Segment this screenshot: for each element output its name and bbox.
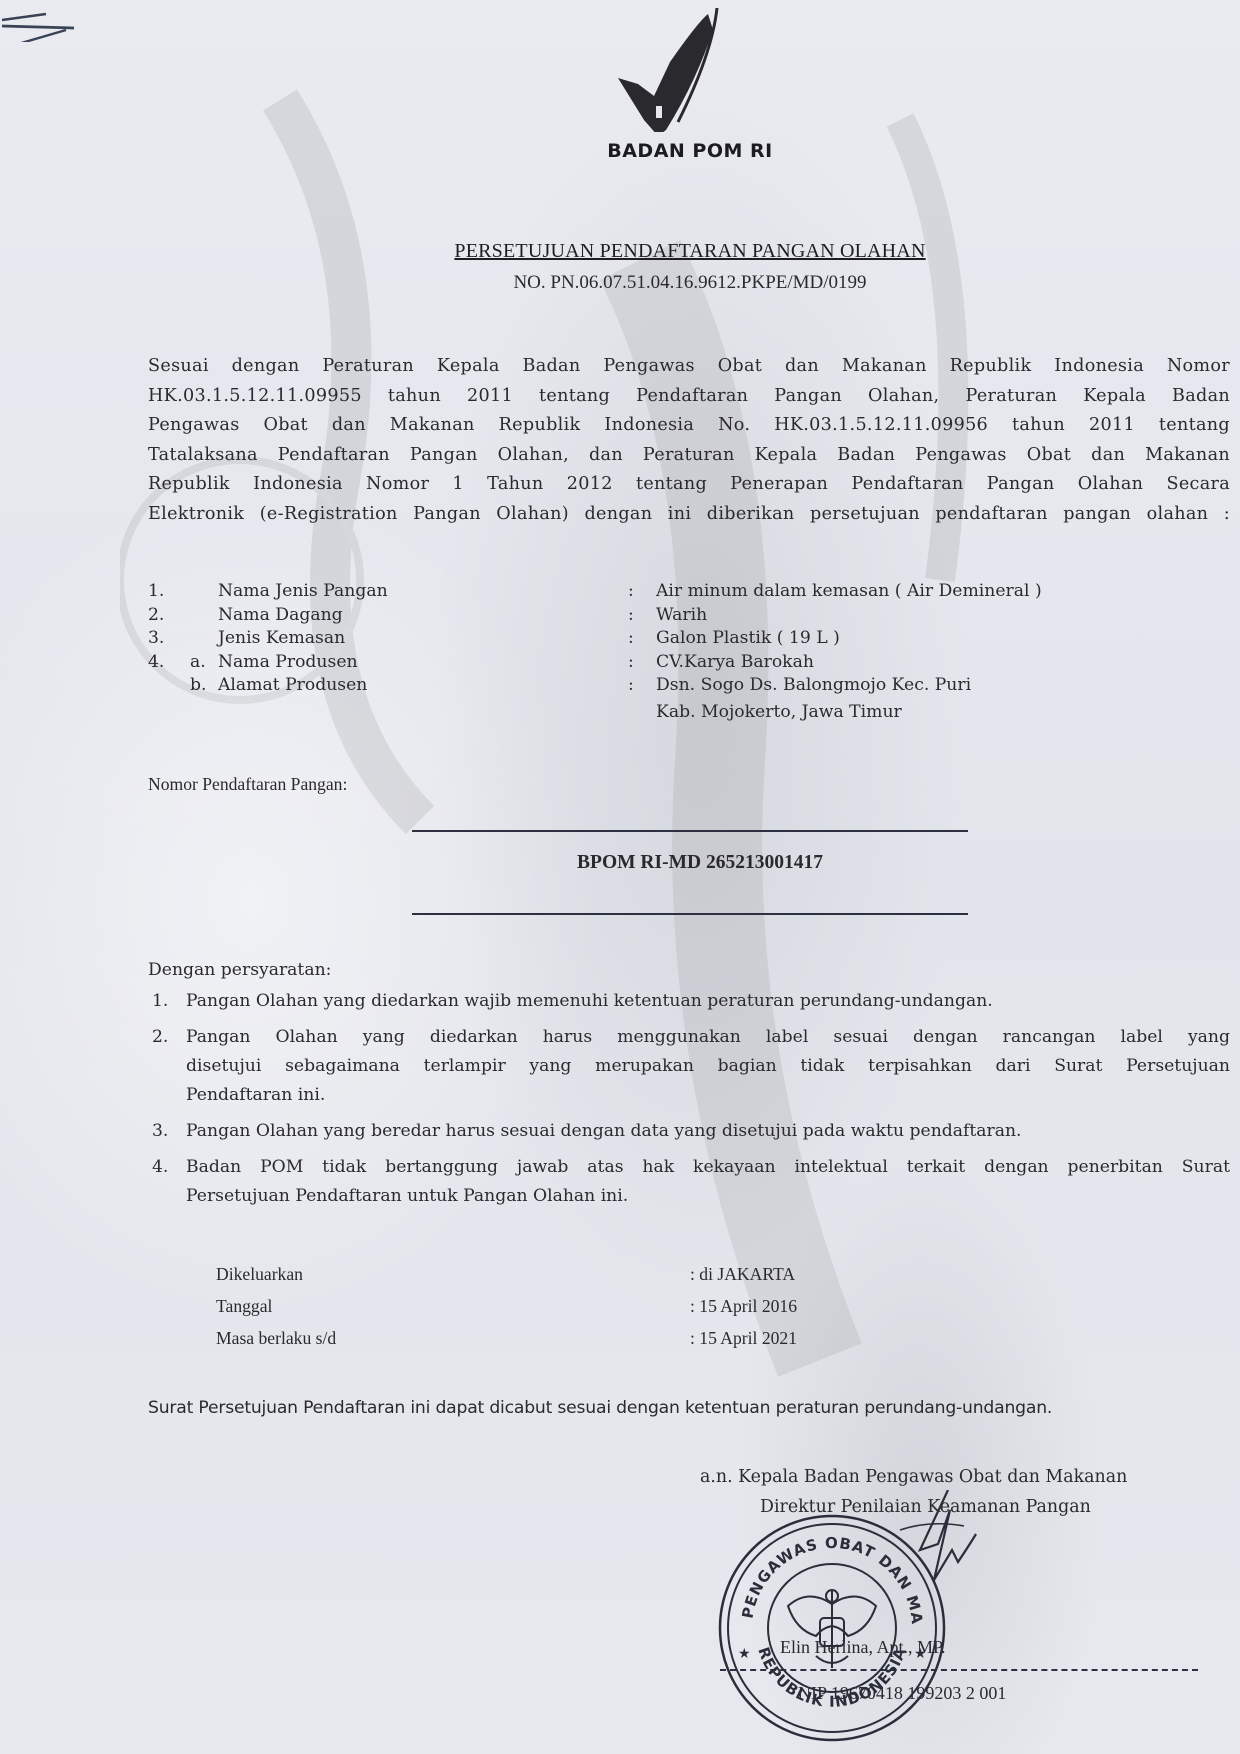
intro-paragraph: Sesuai dengan Peraturan Kepala Badan Pen… [148,352,1230,529]
issuance-label: Dikeluarkan [216,1258,303,1290]
condition-text: Pangan Olahan yang diedarkan harus mengg… [186,1023,1230,1110]
row-label: Nama Produsen [218,651,358,675]
condition-line: Pangan Olahan yang diedarkan wajib memen… [186,987,1230,1016]
row-label: Nama Dagang [218,604,343,628]
issuance-value: : 15 April 2021 [690,1322,797,1354]
condition-line: Pangan Olahan yang diedarkan harus mengg… [186,1023,1230,1052]
condition-item: 1.Pangan Olahan yang diedarkan wajib mem… [148,987,1230,1016]
row-number: 3. [148,627,164,651]
row-colon: : [628,627,634,651]
row-value: CV.Karya Barokah [656,651,814,675]
handwritten-signature-icon [880,1490,990,1600]
row-colon: : [628,674,634,698]
conditions-label: Dengan persyaratan: [148,960,331,980]
row-colon: : [628,604,634,628]
row-sub: a. [190,651,206,675]
divider [412,830,968,832]
condition-item: 4.Badan POM tidak bertanggung jawab atas… [148,1153,1230,1211]
row-label: Nama Jenis Pangan [218,580,388,604]
row-value: Galon Plastik ( 19 L ) [656,627,840,651]
condition-line: Pangan Olahan yang beredar harus sesuai … [186,1117,1230,1146]
issuance-value: : di JAKARTA [690,1258,795,1290]
intro-line: HK.03.1.5.12.11.09955 tahun 2011 tentang… [148,382,1230,412]
row-value: Air minum dalam kemasan ( Air Demineral … [656,580,1042,604]
condition-number: 1. [152,987,168,1016]
row-value: Warih [656,604,707,628]
row-value: Kab. Mojokerto, Jawa Timur [656,701,902,725]
svg-text:★: ★ [738,1646,751,1662]
intro-line: Sesuai dengan Peraturan Kepala Badan Pen… [148,352,1230,382]
svg-text:★: ★ [914,1646,927,1662]
condition-item: 2.Pangan Olahan yang diedarkan harus men… [148,1023,1230,1110]
handwritten-mark-icon [0,8,80,42]
row-number: 1. [148,580,164,604]
row-number: 4. [148,651,164,675]
condition-line: Pendaftaran ini. [186,1081,1230,1110]
row-label: Jenis Kemasan [218,627,345,651]
condition-line: Badan POM tidak bertanggung jawab atas h… [186,1153,1230,1182]
intro-line: Elektronik (e-Registration Pangan Olahan… [148,500,1230,530]
row-value: Dsn. Sogo Ds. Balongmojo Kec. Puri [656,674,971,698]
condition-text: Pangan Olahan yang diedarkan wajib memen… [186,987,1230,1016]
revocation-note: Surat Persetujuan Pendaftaran ini dapat … [148,1398,1052,1418]
divider [412,913,968,915]
intro-line: Republik Indonesia Nomor 1 Tahun 2012 te… [148,470,1230,500]
on-behalf-of: a.n. Kepala Badan Pengawas Obat dan Maka… [700,1467,1127,1487]
row-colon: : [628,580,634,604]
condition-line: disetujui sebagaimana terlampir yang mer… [186,1052,1230,1081]
row-colon: : [628,651,634,675]
badan-pom-logo-icon [600,2,750,132]
document-title: PERSETUJUAN PENDAFTARAN PANGAN OLAHAN [0,240,1240,263]
issuance-label: Tanggal [216,1290,272,1322]
intro-line: Tatalaksana Pendaftaran Pangan Olahan, d… [148,441,1230,471]
condition-text: Badan POM tidak bertanggung jawab atas h… [186,1153,1230,1211]
row-label: Alamat Produsen [218,674,367,698]
conditions-list: 1.Pangan Olahan yang diedarkan wajib mem… [148,987,1230,1218]
row-sub: b. [190,674,206,698]
condition-number: 4. [152,1153,168,1182]
condition-number: 2. [152,1023,168,1052]
document-number: NO. PN.06.07.51.04.16.9612.PKPE/MD/0199 [0,272,1240,294]
issuance-label: Masa berlaku s/d [216,1322,336,1354]
condition-number: 3. [152,1117,168,1146]
agency-name: BADAN POM RI [0,140,1240,162]
registration-label: Nomor Pendaftaran Pangan: [148,774,347,795]
garuda-emblem-icon [788,1590,876,1668]
document-page: BADAN POM RI PERSETUJUAN PENDAFTARAN PAN… [0,0,1240,1754]
row-number: 2. [148,604,164,628]
condition-item: 3.Pangan Olahan yang beredar harus sesua… [148,1117,1230,1146]
issuance-value: : 15 April 2016 [690,1290,797,1322]
condition-text: Pangan Olahan yang beredar harus sesuai … [186,1117,1230,1146]
intro-line: Pengawas Obat dan Makanan Republik Indon… [148,411,1230,441]
registration-number: BPOM RI-MD 265213001417 [412,852,968,874]
background-watermark [120,60,1120,1710]
condition-line: Persetujuan Pendaftaran untuk Pangan Ola… [186,1182,1230,1211]
